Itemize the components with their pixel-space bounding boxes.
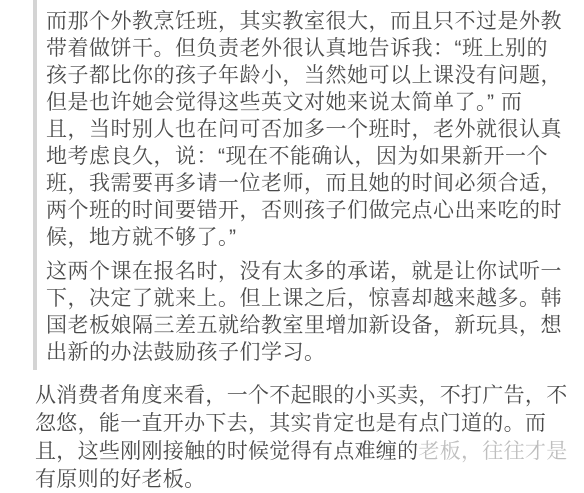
text-line: 孩子都比你的孩子年龄小，当然她可以上课没有问题， <box>46 62 574 89</box>
text-line: 带着做饼干。但负责老外很认真地告诉我：“班上别的 <box>46 35 574 62</box>
text-line: 下，决定了就来上。但上课之后，惊喜却越来越多。韩 <box>46 285 574 312</box>
text-line: 这两个课在报名时，没有太多的承诺，就是让你试听一 <box>46 258 574 285</box>
text-line: 班，我需要再多请一位老师，而且她的时间必须合适， <box>46 170 574 197</box>
quote-paragraph-2: 这两个课在报名时，没有太多的承诺，就是让你试听一 下，决定了就来上。但上课之后，… <box>46 258 574 366</box>
text-line: 出新的办法鼓励孩子们学习。 <box>46 339 574 366</box>
text-line: 忽悠，能一直开办下去，其实肯定也是有点门道的。而 <box>35 410 584 438</box>
quoted-text-block: 而那个外教烹饪班，其实教室很大，而且只不过是外教 带着做饼干。但负责老外很认真地… <box>33 0 584 370</box>
text-line: 而那个外教烹饪班，其实教室很大，而且只不过是外教 <box>46 8 574 35</box>
text-line: 从消费者角度来看，一个不起眼的小买卖，不打广告，不 <box>35 382 584 410</box>
body-paragraph: 从消费者角度来看，一个不起眼的小买卖，不打广告，不 忽悠，能一直开办下去，其实肯… <box>35 382 584 493</box>
text-line: 且，这些刚刚接触的时候觉得有点难缠的老板，往往才是 <box>35 438 584 466</box>
article-text: 而那个外教烹饪班，其实教室很大，而且只不过是外教 带着做饼干。但负责老外很认真地… <box>0 0 584 493</box>
text-segment: 且，这些刚刚接触的时候觉得有点难缠的 <box>35 440 418 463</box>
faded-text-segment: 老板，往往才是 <box>418 440 567 463</box>
text-line: 但是也许她会觉得这些英文对她来说太简单了。” 而 <box>46 89 574 116</box>
quote-paragraph-1: 而那个外教烹饪班，其实教室很大，而且只不过是外教 带着做饼干。但负责老外很认真地… <box>46 8 574 251</box>
text-line: 国老板娘隔三差五就给教室里增加新设备，新玩具，想 <box>46 312 574 339</box>
text-line: 地考虑良久，说：“现在不能确认，因为如果新开一个 <box>46 143 574 170</box>
text-line: 两个班的时间要错开，否则孩子们做完点心出来吃的时 <box>46 197 574 224</box>
text-line: 有原则的好老板。 <box>35 466 584 493</box>
text-line: 候，地方就不够了。” <box>46 224 574 251</box>
text-line: 且，当时别人也在问可否加多一个班时，老外就很认真 <box>46 116 574 143</box>
